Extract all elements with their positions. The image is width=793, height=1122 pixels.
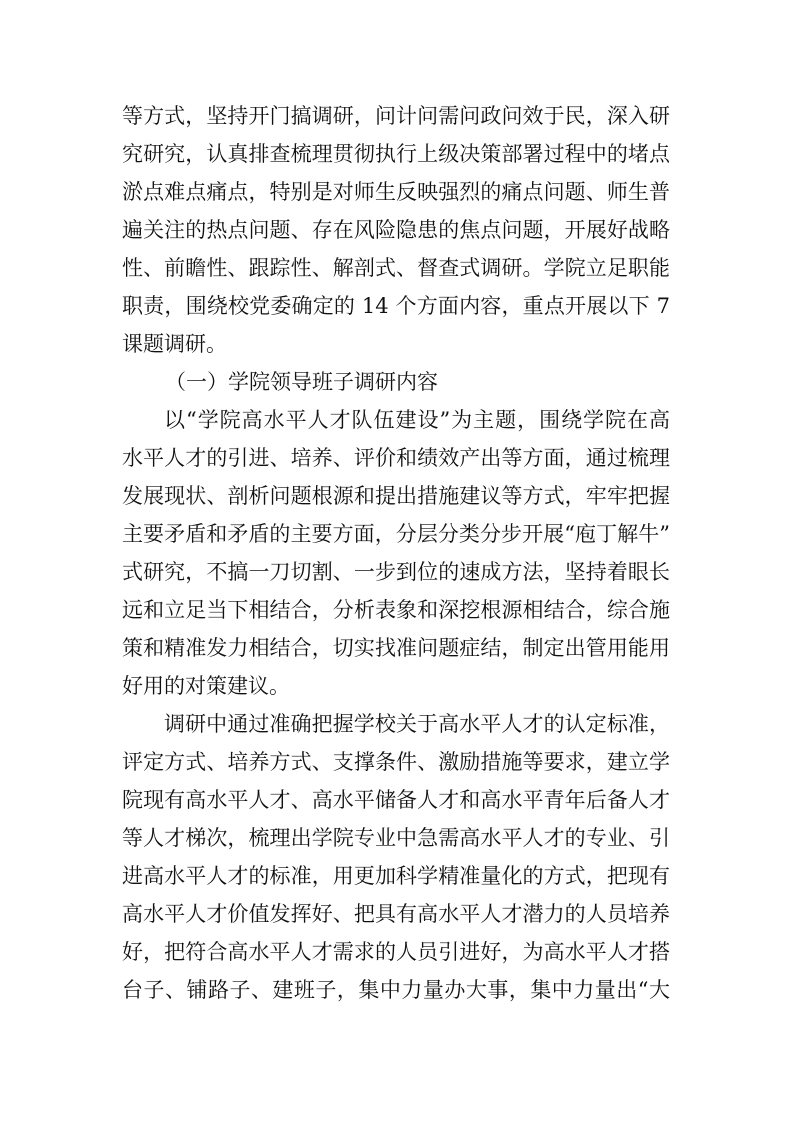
text-line: 远和立足当下相结合，分析表象和深挖根源相结合，综合施 bbox=[122, 591, 670, 629]
text-line: 淤点难点痛点，特别是对师生反映强烈的痛点问题、师生普 bbox=[122, 173, 670, 211]
text-line: 进高水平人才的标准，用更加科学精准量化的方式，把现有 bbox=[122, 857, 670, 895]
document-page: 等方式，坚持开门搞调研，问计问需问政问效于民，深入研 究研究，认真排查梳理贯彻执… bbox=[0, 0, 793, 1122]
text-line: 水平人才的引进、培养、评价和绩效产出等方面，通过梳理 bbox=[122, 439, 670, 477]
text-line: 发展现状、剖析问题根源和提出措施建议等方式，牢牢把握 bbox=[122, 477, 670, 515]
text-line: 式研究，不搞一刀切割、一步到位的速成方法，坚持着眼长 bbox=[122, 553, 670, 591]
text-line: 策和精准发力相结合，切实找准问题症结，制定出管用能用 bbox=[122, 629, 670, 667]
text-line: 究研究，认真排查梳理贯彻执行上级决策部署过程中的堵点 bbox=[122, 135, 670, 173]
text-line: 以“学院高水平人才队伍建设”为主题，围绕学院在高 bbox=[122, 401, 670, 439]
text-line: 高水平人才价值发挥好、把具有高水平人才潜力的人员培养 bbox=[122, 895, 670, 933]
text-line: 台子、铺路子、建班子，集中力量办大事，集中力量出“大 bbox=[122, 971, 670, 1009]
text-line: 等人才梯次，梳理出学院专业中急需高水平人才的专业、引 bbox=[122, 819, 670, 857]
text-line: 等方式，坚持开门搞调研，问计问需问政问效于民，深入研 bbox=[122, 97, 670, 135]
section-heading-text: （一）学院领导班子调研内容 bbox=[122, 363, 670, 401]
text-line: 好用的对策建议。 bbox=[122, 667, 670, 705]
text-line: 课题调研。 bbox=[122, 325, 670, 363]
text-line: 性、前瞻性、跟踪性、解剖式、督查式调研。学院立足职能 bbox=[122, 249, 670, 287]
document-body: 等方式，坚持开门搞调研，问计问需问政问效于民，深入研 究研究，认真排查梳理贯彻执… bbox=[122, 97, 670, 1009]
paragraph-research-method: 调研中通过准确把握学校关于高水平人才的认定标准， 评定方式、培养方式、支撑条件、… bbox=[122, 705, 670, 1009]
text-line: 遍关注的热点问题、存在风险隐患的焦点问题，开展好战略 bbox=[122, 211, 670, 249]
text-line: 评定方式、培养方式、支撑条件、激励措施等要求，建立学 bbox=[122, 743, 670, 781]
paragraph-continued: 等方式，坚持开门搞调研，问计问需问政问效于民，深入研 究研究，认真排查梳理贯彻执… bbox=[122, 97, 670, 363]
paragraph-topic: 以“学院高水平人才队伍建设”为主题，围绕学院在高 水平人才的引进、培养、评价和绩… bbox=[122, 401, 670, 705]
text-line: 好，把符合高水平人才需求的人员引进好，为高水平人才搭 bbox=[122, 933, 670, 971]
text-line: 主要矛盾和矛盾的主要方面，分层分类分步开展“庖丁解牛” bbox=[122, 515, 670, 553]
text-line: 职责，围绕校党委确定的 14 个方面内容，重点开展以下 7 bbox=[122, 287, 670, 325]
text-line: 调研中通过准确把握学校关于高水平人才的认定标准， bbox=[122, 705, 670, 743]
text-line: 院现有高水平人才、高水平储备人才和高水平青年后备人才 bbox=[122, 781, 670, 819]
section-heading: （一）学院领导班子调研内容 bbox=[122, 363, 670, 401]
